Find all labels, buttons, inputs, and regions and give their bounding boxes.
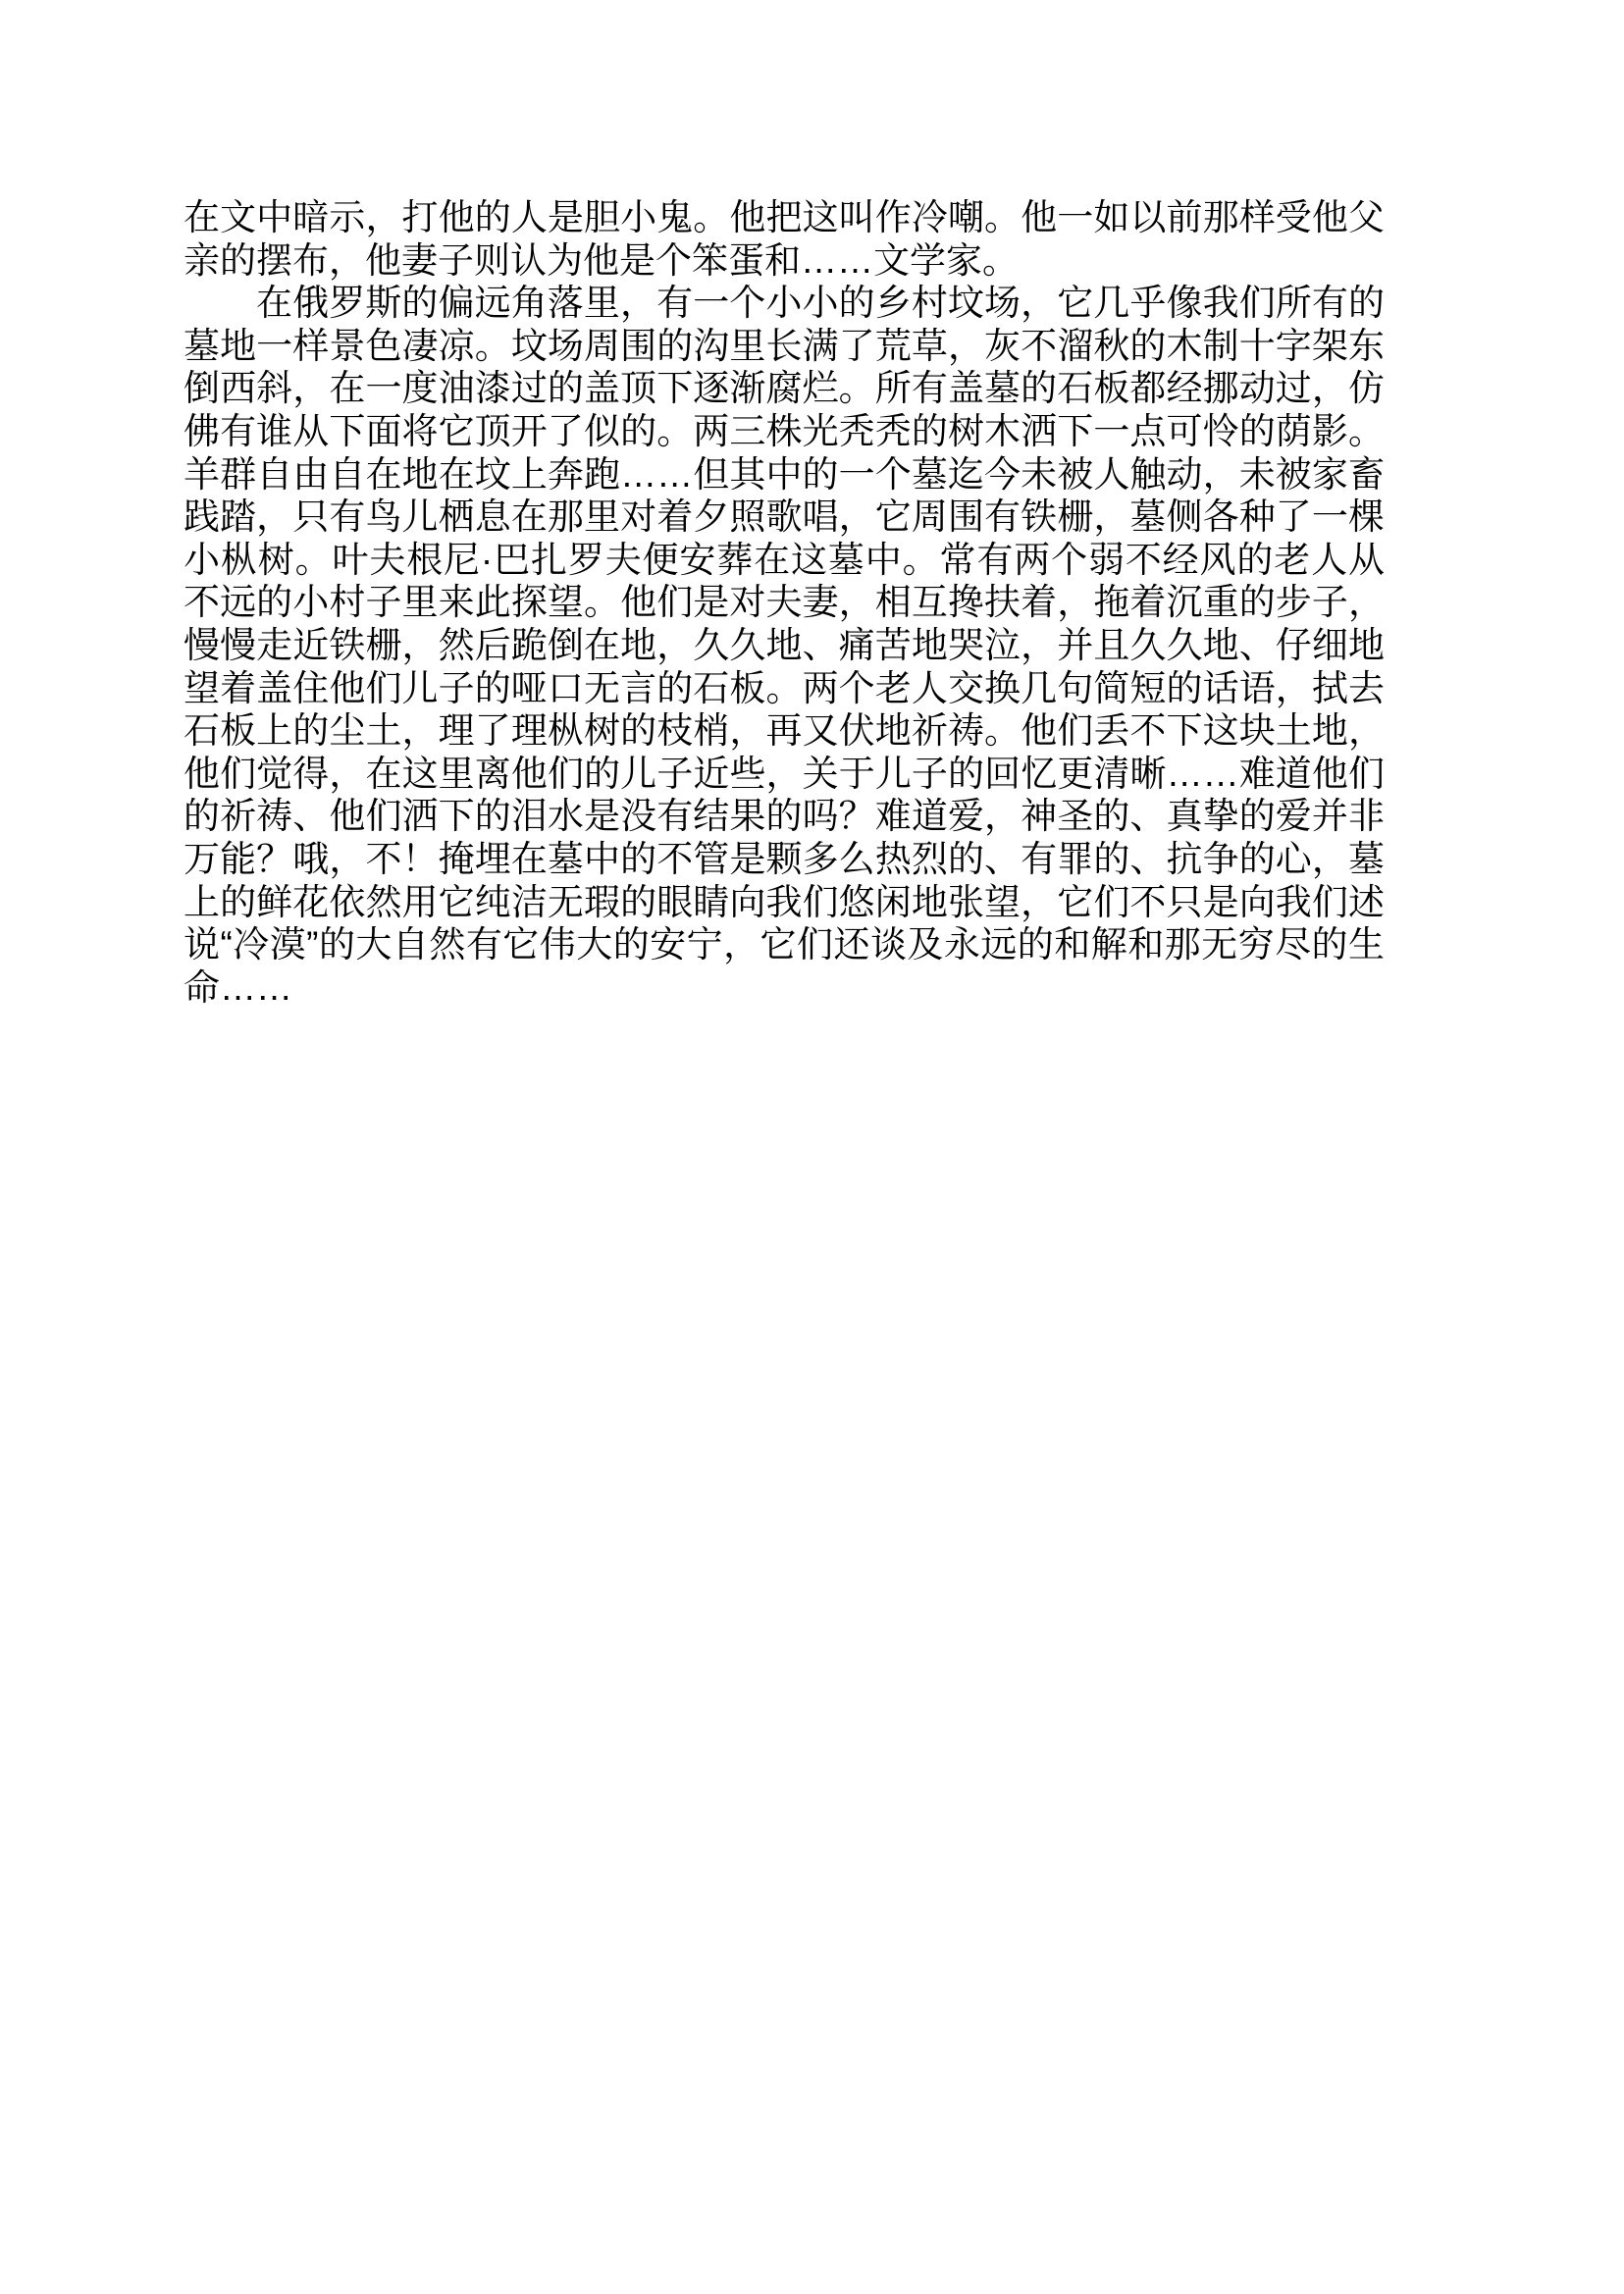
document-page: 在文中暗示，打他的人是胆小鬼。他把这叫作冷嘲。他一如以前那样受他父亲的摆布，他妻…	[0, 0, 1624, 2294]
paragraph: 在文中暗示，打他的人是胆小鬼。他把这叫作冷嘲。他一如以前那样受他父亲的摆布，他妻…	[183, 196, 1385, 282]
page-text-block: 在文中暗示，打他的人是胆小鬼。他把这叫作冷嘲。他一如以前那样受他父亲的摆布，他妻…	[183, 196, 1385, 1009]
paragraph: 在俄罗斯的偏远角落里，有一个小小的乡村坟场，它几乎像我们所有的墓地一样景色凄凉。…	[183, 282, 1385, 1009]
